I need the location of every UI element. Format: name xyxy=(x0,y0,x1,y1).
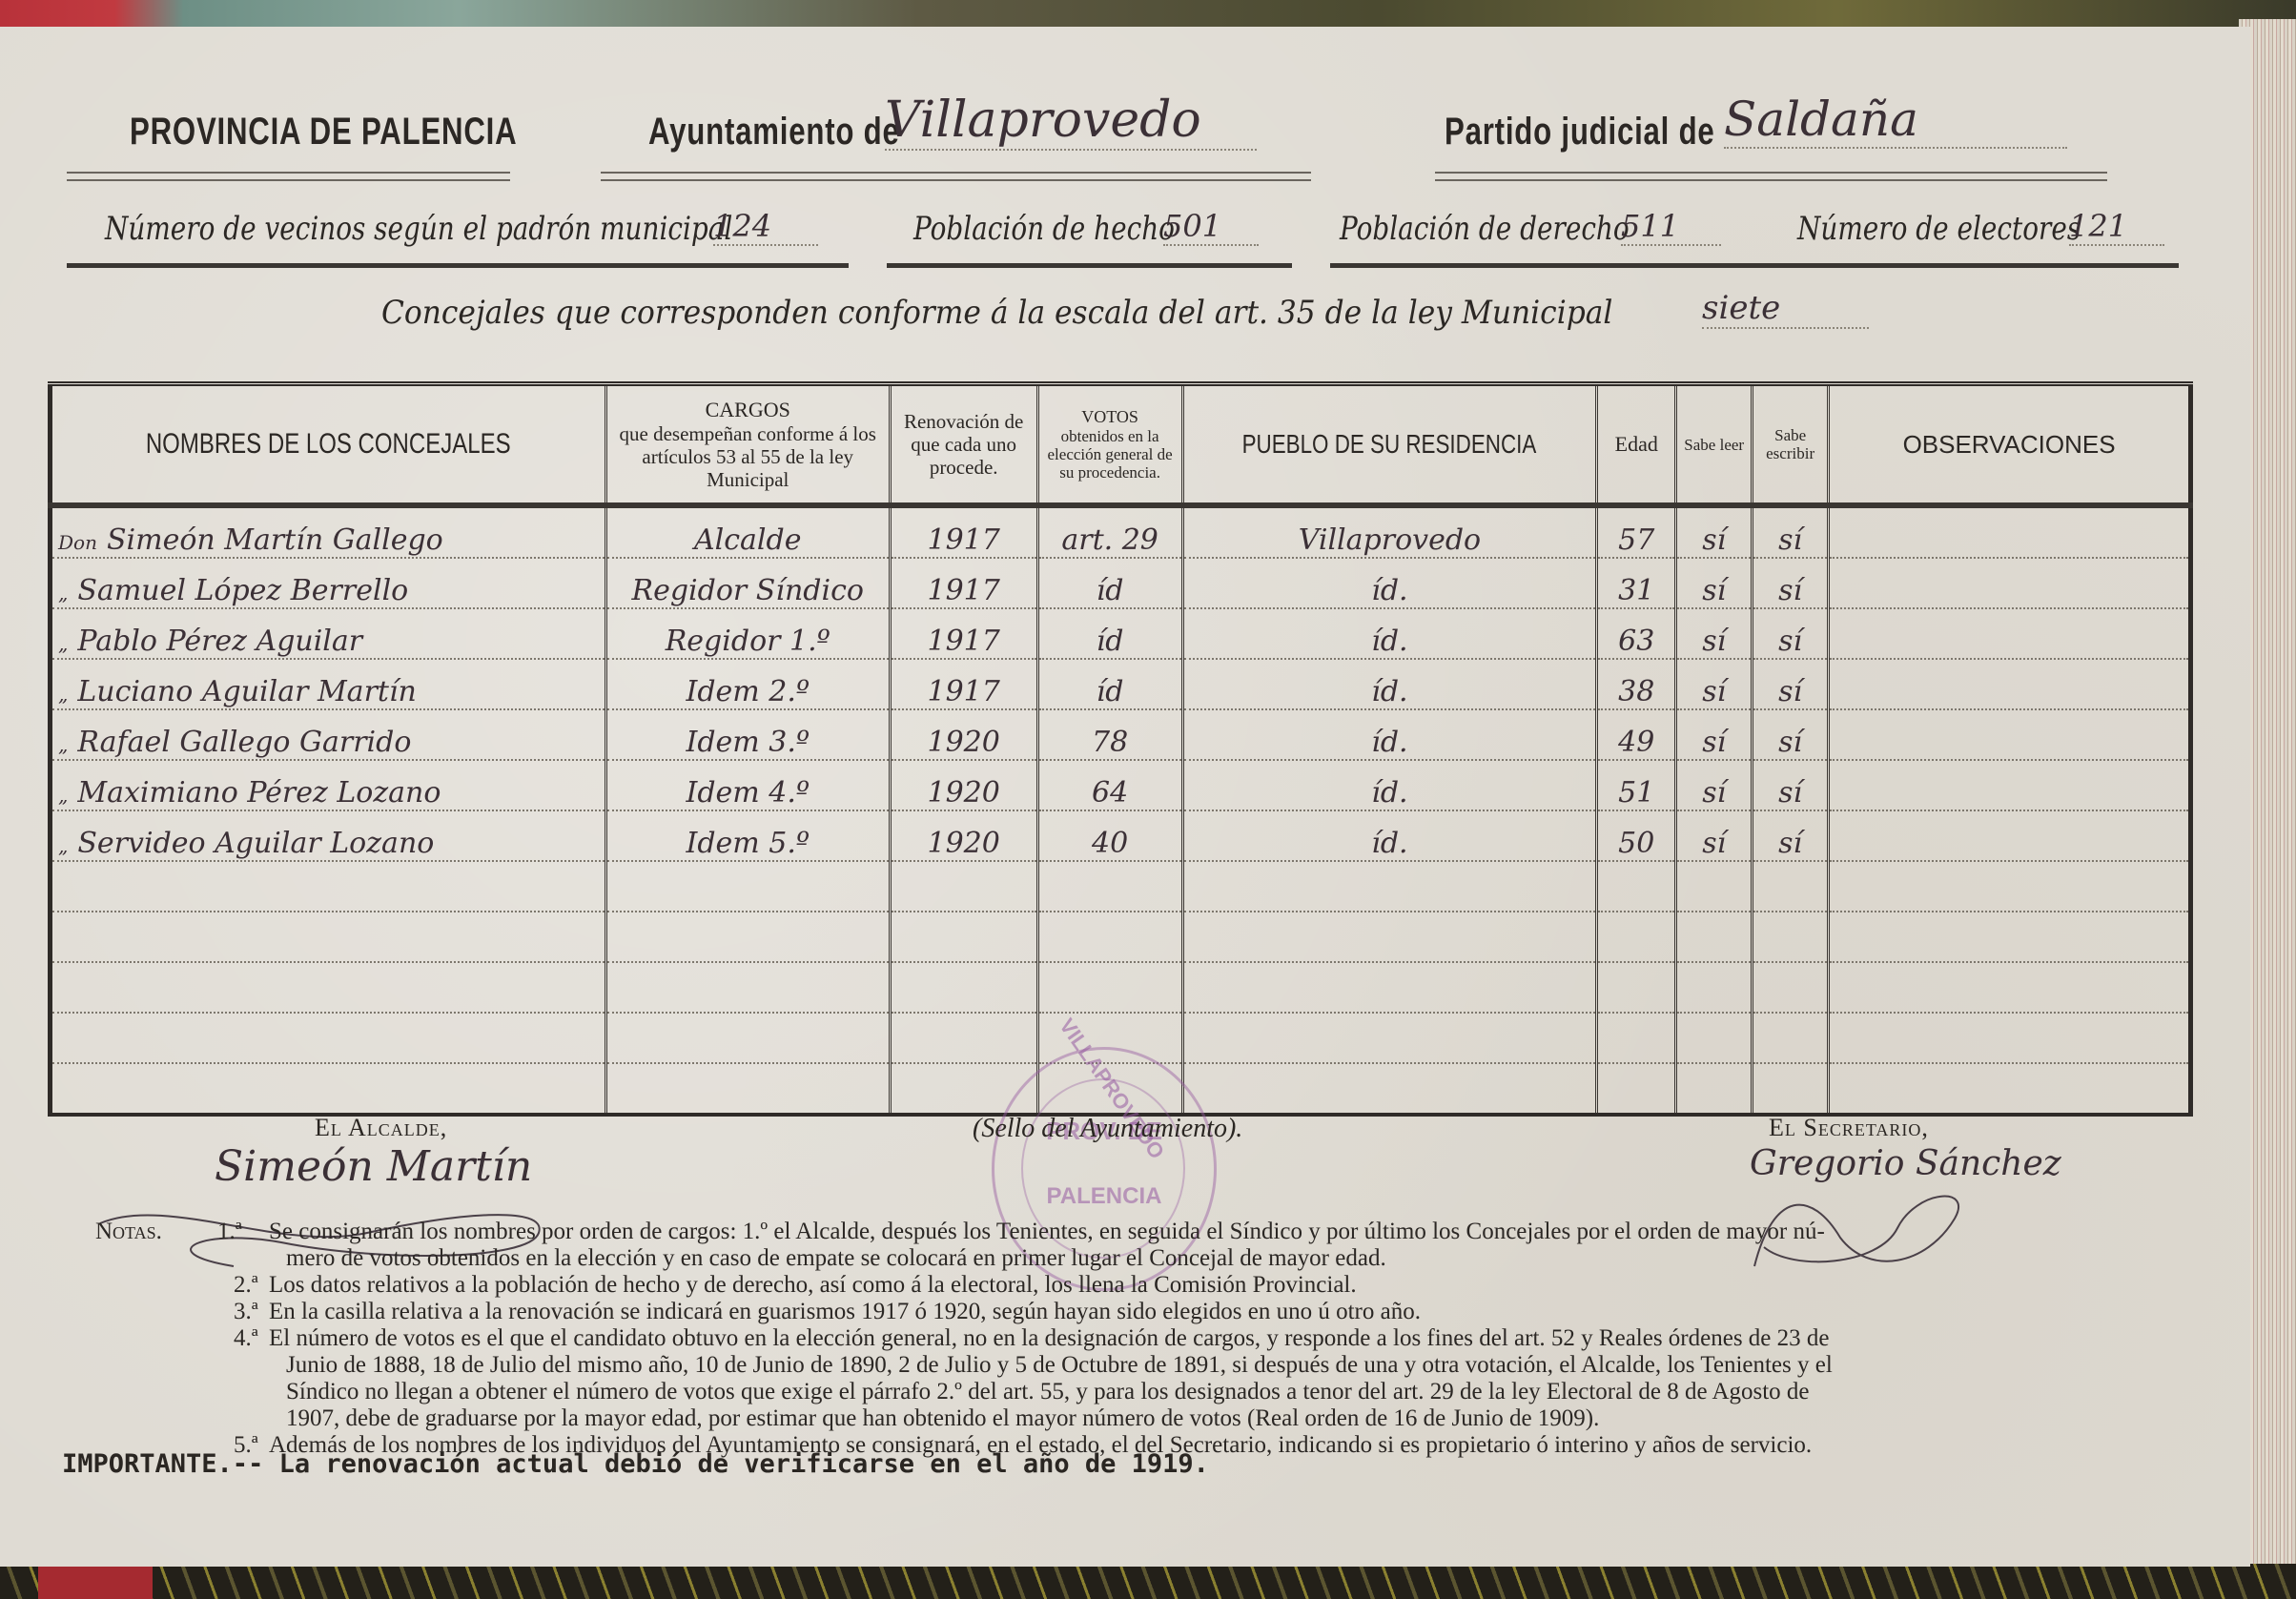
hecho-rule xyxy=(887,263,1292,268)
row-obs xyxy=(1829,558,2191,608)
document-page: PROVINCIA DE PALENCIA Ayuntamiento de Vi… xyxy=(0,27,2250,1567)
secretario-signature: Gregorio Sánchez xyxy=(1750,1144,2061,1183)
row-escribir: sí xyxy=(1753,760,1829,810)
table-row-empty xyxy=(51,861,2191,912)
note-number: 4.ª xyxy=(234,1325,258,1352)
row-nombre: Rafael Gallego Garrido xyxy=(77,726,411,759)
header-renovacion: Renovación de que cada uno procede. xyxy=(890,384,1037,506)
row-leer: sí xyxy=(1676,505,1753,558)
row-leer: sí xyxy=(1676,558,1753,608)
alcalde-signature: Simeón Martín xyxy=(215,1142,532,1191)
secretario-label: El Secretario, xyxy=(1769,1114,1929,1142)
provincia-title: PROVINCIA DE PALENCIA xyxy=(130,111,517,154)
row-cargo: Idem 4.º xyxy=(605,760,890,810)
row-votos: íd xyxy=(1037,558,1182,608)
vecinos-value: 124 xyxy=(713,208,818,246)
row-votos: íd xyxy=(1037,608,1182,659)
hecho-label: Población de hecho xyxy=(913,210,1175,248)
note-line: En la casilla relativa a la renovación s… xyxy=(269,1299,1421,1325)
note-line: 1907, debe de graduarse por la mayor eda… xyxy=(286,1405,1599,1432)
row-edad: 49 xyxy=(1597,709,1676,760)
row-renovacion: 1920 xyxy=(890,760,1037,810)
partido-value: Saldaña xyxy=(1724,92,2067,149)
row-prefix: „ xyxy=(58,582,68,605)
table-row-empty xyxy=(51,962,2191,1013)
row-obs xyxy=(1829,608,2191,659)
header-observaciones: OBSERVACIONES xyxy=(1829,384,2191,506)
importante-note: IMPORTANTE.-- La renovación actual debió… xyxy=(62,1449,1209,1479)
row-nombre: Luciano Aguilar Martín xyxy=(77,675,417,708)
row-obs xyxy=(1829,505,2191,558)
ayuntamiento-value: Villaprovedo xyxy=(885,92,1257,151)
header-edad: Edad xyxy=(1597,384,1676,506)
note-line: El número de votos es el que el candidat… xyxy=(269,1325,1830,1352)
table-row: „Luciano Aguilar MartínIdem 2.º1917ídíd.… xyxy=(51,659,2191,709)
row-votos: 78 xyxy=(1037,709,1182,760)
row-escribir: sí xyxy=(1753,505,1829,558)
table-row: „Pablo Pérez AguilarRegidor 1.º1917ídíd.… xyxy=(51,608,2191,659)
row-renovacion: 1917 xyxy=(890,558,1037,608)
row-pueblo: íd. xyxy=(1182,558,1597,608)
concejales-label: Concejales que corresponden conforme á l… xyxy=(381,294,1612,332)
vecinos-rule xyxy=(67,263,849,268)
table-row-empty xyxy=(51,912,2191,962)
row-prefix: „ xyxy=(58,834,68,857)
row-cargo: Idem 3.º xyxy=(605,709,890,760)
row-renovacion: 1920 xyxy=(890,810,1037,861)
importante-label: IMPORTANTE.-- xyxy=(62,1449,263,1479)
row-obs xyxy=(1829,810,2191,861)
book-cover-bottom xyxy=(0,1564,2296,1599)
hecho-value: 501 xyxy=(1163,208,1259,246)
note-number: 2.ª xyxy=(234,1272,258,1299)
note-line: Se consignarán los nombres por orden de … xyxy=(269,1219,1825,1245)
row-cargo: Regidor 1.º xyxy=(605,608,890,659)
electores-rule xyxy=(1773,263,2179,268)
row-escribir: sí xyxy=(1753,659,1829,709)
row-edad: 31 xyxy=(1597,558,1676,608)
row-edad: 38 xyxy=(1597,659,1676,709)
row-pueblo: íd. xyxy=(1182,659,1597,709)
row-renovacion: 1920 xyxy=(890,709,1037,760)
row-nombre: Pablo Pérez Aguilar xyxy=(77,625,362,658)
ayuntamiento-rule xyxy=(601,172,1311,181)
row-leer: sí xyxy=(1676,608,1753,659)
ayuntamiento-label: Ayuntamiento de xyxy=(648,111,900,154)
note-line: Junio de 1888, 18 de Julio del mismo año… xyxy=(286,1352,1833,1379)
row-edad: 50 xyxy=(1597,810,1676,861)
note-line: Síndico no llegan a obtener el número de… xyxy=(286,1379,1810,1405)
note-line: mero de votos obtenidos en la elección y… xyxy=(286,1245,1386,1272)
row-cargo: Regidor Síndico xyxy=(605,558,890,608)
electores-value: 121 xyxy=(2069,208,2164,246)
row-pueblo: íd. xyxy=(1182,709,1597,760)
vecinos-label: Número de vecinos según el padrón munici… xyxy=(105,210,732,248)
row-prefix: „ xyxy=(58,784,68,807)
row-leer: sí xyxy=(1676,810,1753,861)
table-row: DonSimeón Martín GallegoAlcalde1917art. … xyxy=(51,505,2191,558)
table-row: „Maximiano Pérez LozanoIdem 4.º192064íd.… xyxy=(51,760,2191,810)
header-sabe-leer: Sabe leer xyxy=(1676,384,1753,506)
sello-label: (Sello del Ayuntamiento). xyxy=(973,1114,1242,1144)
row-escribir: sí xyxy=(1753,810,1829,861)
derecho-rule xyxy=(1330,263,1783,268)
note-line: Los datos relativos a la población de he… xyxy=(269,1272,1357,1299)
row-renovacion: 1917 xyxy=(890,505,1037,558)
row-leer: sí xyxy=(1676,709,1753,760)
row-cargo: Alcalde xyxy=(605,505,890,558)
row-nombre: Simeón Martín Gallego xyxy=(107,523,443,557)
row-pueblo: íd. xyxy=(1182,760,1597,810)
row-escribir: sí xyxy=(1753,709,1829,760)
row-votos: art. 29 xyxy=(1037,505,1182,558)
row-cargo: Idem 5.º xyxy=(605,810,890,861)
row-nombre: Servideo Aguilar Lozano xyxy=(77,827,434,860)
alcalde-label: El Alcalde, xyxy=(315,1114,447,1142)
row-prefix: „ xyxy=(58,632,68,655)
row-leer: sí xyxy=(1676,760,1753,810)
row-prefix: „ xyxy=(58,733,68,756)
header-sabe-escribir: Sabe escribir xyxy=(1753,384,1829,506)
row-edad: 57 xyxy=(1597,505,1676,558)
row-nombre: Maximiano Pérez Lozano xyxy=(77,776,441,810)
note-number: 3.ª xyxy=(234,1299,258,1325)
row-votos: 40 xyxy=(1037,810,1182,861)
row-pueblo: Villaprovedo xyxy=(1182,505,1597,558)
importante-text: La renovación actual debió de verificars… xyxy=(279,1449,1209,1479)
provincia-rule xyxy=(67,172,510,181)
partido-label: Partido judicial de xyxy=(1445,111,1715,154)
row-pueblo: íd. xyxy=(1182,810,1597,861)
row-renovacion: 1917 xyxy=(890,659,1037,709)
table-row: „Servideo Aguilar LozanoIdem 5.º192040íd… xyxy=(51,810,2191,861)
row-prefix: Don xyxy=(58,531,97,554)
row-nombre: Samuel López Berrello xyxy=(77,574,408,607)
notes-label: Notas. xyxy=(95,1219,162,1245)
electores-label: Número de electores xyxy=(1797,210,2081,248)
row-obs xyxy=(1829,760,2191,810)
row-edad: 63 xyxy=(1597,608,1676,659)
partido-rule xyxy=(1435,172,2107,181)
table-row: „Rafael Gallego GarridoIdem 3.º192078íd.… xyxy=(51,709,2191,760)
row-votos: íd xyxy=(1037,659,1182,709)
row-prefix: „ xyxy=(58,683,68,706)
note-number: 1.ª xyxy=(217,1219,242,1245)
row-leer: sí xyxy=(1676,659,1753,709)
derecho-value: 511 xyxy=(1621,208,1721,246)
header-pueblo: PUEBLO DE SU RESIDENCIA xyxy=(1182,384,1597,506)
row-obs xyxy=(1829,709,2191,760)
derecho-label: Población de derecho xyxy=(1340,210,1630,248)
row-edad: 51 xyxy=(1597,760,1676,810)
row-pueblo: íd. xyxy=(1182,608,1597,659)
row-cargo: Idem 2.º xyxy=(605,659,890,709)
row-renovacion: 1917 xyxy=(890,608,1037,659)
header-votos: VOTOS obtenidos en la elección general d… xyxy=(1037,384,1182,506)
row-escribir: sí xyxy=(1753,558,1829,608)
concejales-value: siete xyxy=(1702,289,1869,329)
row-escribir: sí xyxy=(1753,608,1829,659)
row-obs xyxy=(1829,659,2191,709)
concejales-table: NOMBRES DE LOS CONCEJALES CARGOS que des… xyxy=(48,381,2193,1117)
cover-red-band xyxy=(38,1564,153,1599)
header-nombres: NOMBRES DE LOS CONCEJALES xyxy=(51,384,606,506)
header-cargos: CARGOS que desempeñan conforme á los art… xyxy=(605,384,890,506)
row-votos: 64 xyxy=(1037,760,1182,810)
table-row: „Samuel López BerrelloRegidor Síndico191… xyxy=(51,558,2191,608)
